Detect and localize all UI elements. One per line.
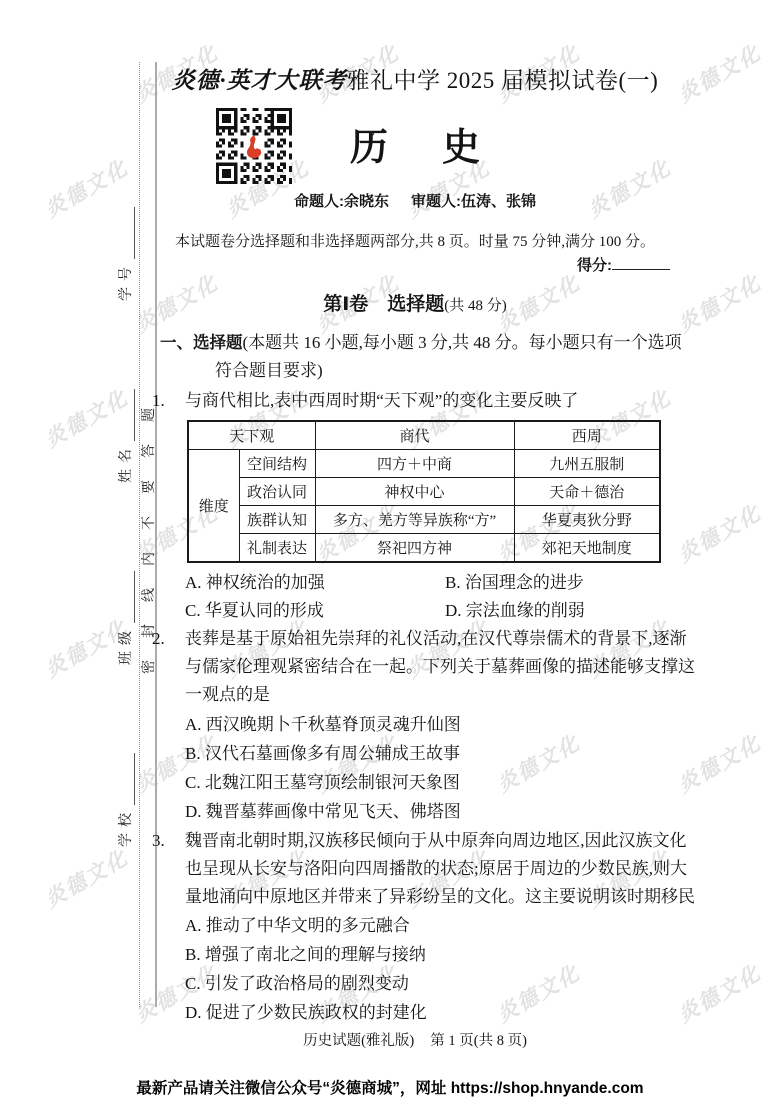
- reviewer-label: 审题人:伍涛、张锦: [411, 193, 536, 210]
- name-blank: [119, 389, 135, 441]
- question-1-option-c: C. 华夏认同的形成: [185, 600, 324, 621]
- watermark-text: 炎德文化: [672, 727, 767, 799]
- exam-page: 炎德文化炎德文化炎德文化炎德文化炎德文化炎德文化炎德文化炎德文化炎德文化炎德文化…: [0, 0, 780, 1104]
- watermark-text: 炎德文化: [39, 842, 134, 914]
- table-header-worldview: 天下观: [188, 421, 315, 450]
- question-2-stem-line: 一观点的是: [185, 684, 270, 705]
- table-header-shang: 商代: [315, 421, 514, 450]
- question-3-number: 3.: [152, 830, 165, 851]
- worldview-table: 天下观 商代 西周 维度 空间结构 四方＋中商 九州五服制 政治认同 神权中心 …: [187, 420, 661, 563]
- question-2-option-c: C. 北魏江阳王墓穹顶绘制银河天象图: [185, 772, 460, 793]
- question-2-stem-line: 丧葬是基于原始祖先崇拜的礼仪活动,在汉代尊崇儒术的背景下,逐渐: [185, 628, 687, 649]
- question-1-stem: 与商代相比,表中西周时期“天下观”的变化主要反映了: [185, 390, 578, 411]
- question-3-option-a: A. 推动了中华文明的多元融合: [185, 915, 410, 936]
- section-heading: 第Ⅰ卷 选择题(共 48 分): [150, 289, 680, 316]
- question-2-stem-line: 与儒家伦理观紧密结合在一起。下列关于墓葬画像的描述能够支撑这: [185, 656, 695, 677]
- student-id-blank: [119, 207, 135, 259]
- question-2-option-d: D. 魏晋墓葬画像中常见飞天、佛塔图: [185, 801, 461, 822]
- question-2-option-a: A. 西汉晚期卜千秋墓脊顶灵魂升仙图: [185, 714, 461, 735]
- watermark-text: 炎德文化: [491, 957, 586, 1029]
- question-2-number: 2.: [152, 628, 165, 649]
- multiple-choice-intro-line2: 符合题目要求): [215, 360, 323, 381]
- table-row: 政治认同 神权中心 天命＋德治: [188, 478, 660, 506]
- exam-instructions: 本试题卷分选择题和非选择题两部分,共 8 页。时量 75 分钟,满分 100 分…: [150, 230, 680, 251]
- section-score-note: (共 48 分): [444, 298, 507, 314]
- table-dimension-cell: 维度: [188, 450, 239, 563]
- margin-field-labels: 学校 班级 姓名 学号: [113, 207, 135, 847]
- field-name: 姓名: [113, 389, 135, 483]
- question-1-number: 1.: [152, 390, 165, 411]
- table-header-row: 天下观 商代 西周: [188, 421, 660, 450]
- brand-logo-text: 炎德·英才大联考: [172, 68, 347, 93]
- subject-title: 历史: [150, 116, 680, 171]
- watermark-text: 炎德文化: [672, 957, 767, 1029]
- score-field: 得分:: [577, 254, 670, 276]
- watermark-text: 炎德文化: [672, 37, 767, 109]
- multiple-choice-intro: 一、选择题(本题共 16 小题,每小题 3 分,共 48 分。每小题只有一个选项: [160, 332, 682, 354]
- school-blank: [119, 753, 135, 805]
- table-row: 维度 空间结构 四方＋中商 九州五服制: [188, 450, 660, 478]
- question-1-option-a: A. 神权统治的加强: [185, 572, 325, 593]
- exam-title: 炎德·英才大联考雅礼中学 2025 届模拟试卷(一): [150, 62, 680, 95]
- watermark-text: 炎德文化: [491, 727, 586, 799]
- class-blank: [119, 571, 135, 623]
- score-blank: [612, 254, 670, 270]
- promo-bar: 最新产品请关注微信公众号“炎德商城”，网址 https://shop.hnyan…: [110, 1076, 670, 1098]
- footer-page-label: 第 1 页(共 8 页): [430, 1033, 527, 1049]
- question-3-option-d: D. 促进了少数民族政权的封建化: [185, 1002, 427, 1023]
- table-header-zhou: 西周: [514, 421, 660, 450]
- watermark-text: 炎德文化: [672, 497, 767, 569]
- watermark-text: 炎德文化: [672, 267, 767, 339]
- page-footer: 历史试题(雅礼版)第 1 页(共 8 页): [150, 1029, 680, 1050]
- setters-line: 命题人:余晓东审题人:伍涛、张锦: [150, 190, 680, 211]
- field-school: 学校: [113, 753, 135, 847]
- question-3-stem-line: 量地涌向中原地区并带来了异彩纷呈的文化。这主要说明该时期移民: [185, 886, 695, 907]
- table-row: 族群认知 多方、羌方等异族称“方” 华夏夷狄分野: [188, 506, 660, 534]
- question-3-stem-line: 也呈现从长安与洛阳向四周播散的状态;原居于周边的少数民族,则大: [185, 858, 687, 879]
- question-1-option-d: D. 宗法血缘的削弱: [445, 600, 585, 621]
- section-title: 第Ⅰ卷 选择题: [323, 294, 444, 315]
- footer-doc-label: 历史试题(雅礼版): [303, 1033, 414, 1049]
- question-2-option-b: B. 汉代石墓画像多有周公辅成王故事: [185, 743, 460, 764]
- setter-label: 命题人:余晓东: [294, 193, 389, 210]
- question-3-option-c: C. 引发了政治格局的剧烈变动: [185, 973, 409, 994]
- field-class: 班级: [113, 571, 135, 665]
- field-student-id: 学号: [113, 207, 135, 301]
- question-3-option-b: B. 增强了南北之间的理解与接纳: [185, 944, 426, 965]
- exam-name: 雅礼中学 2025 届模拟试卷(一): [346, 68, 658, 93]
- table-row: 礼制表达 祭祀四方神 郊祀天地制度: [188, 534, 660, 563]
- question-3-stem-line: 魏晋南北朝时期,汉族移民倾向于从中原奔向周边地区,因此汉族文化: [185, 830, 687, 851]
- question-1-option-b: B. 治国理念的进步: [445, 572, 584, 593]
